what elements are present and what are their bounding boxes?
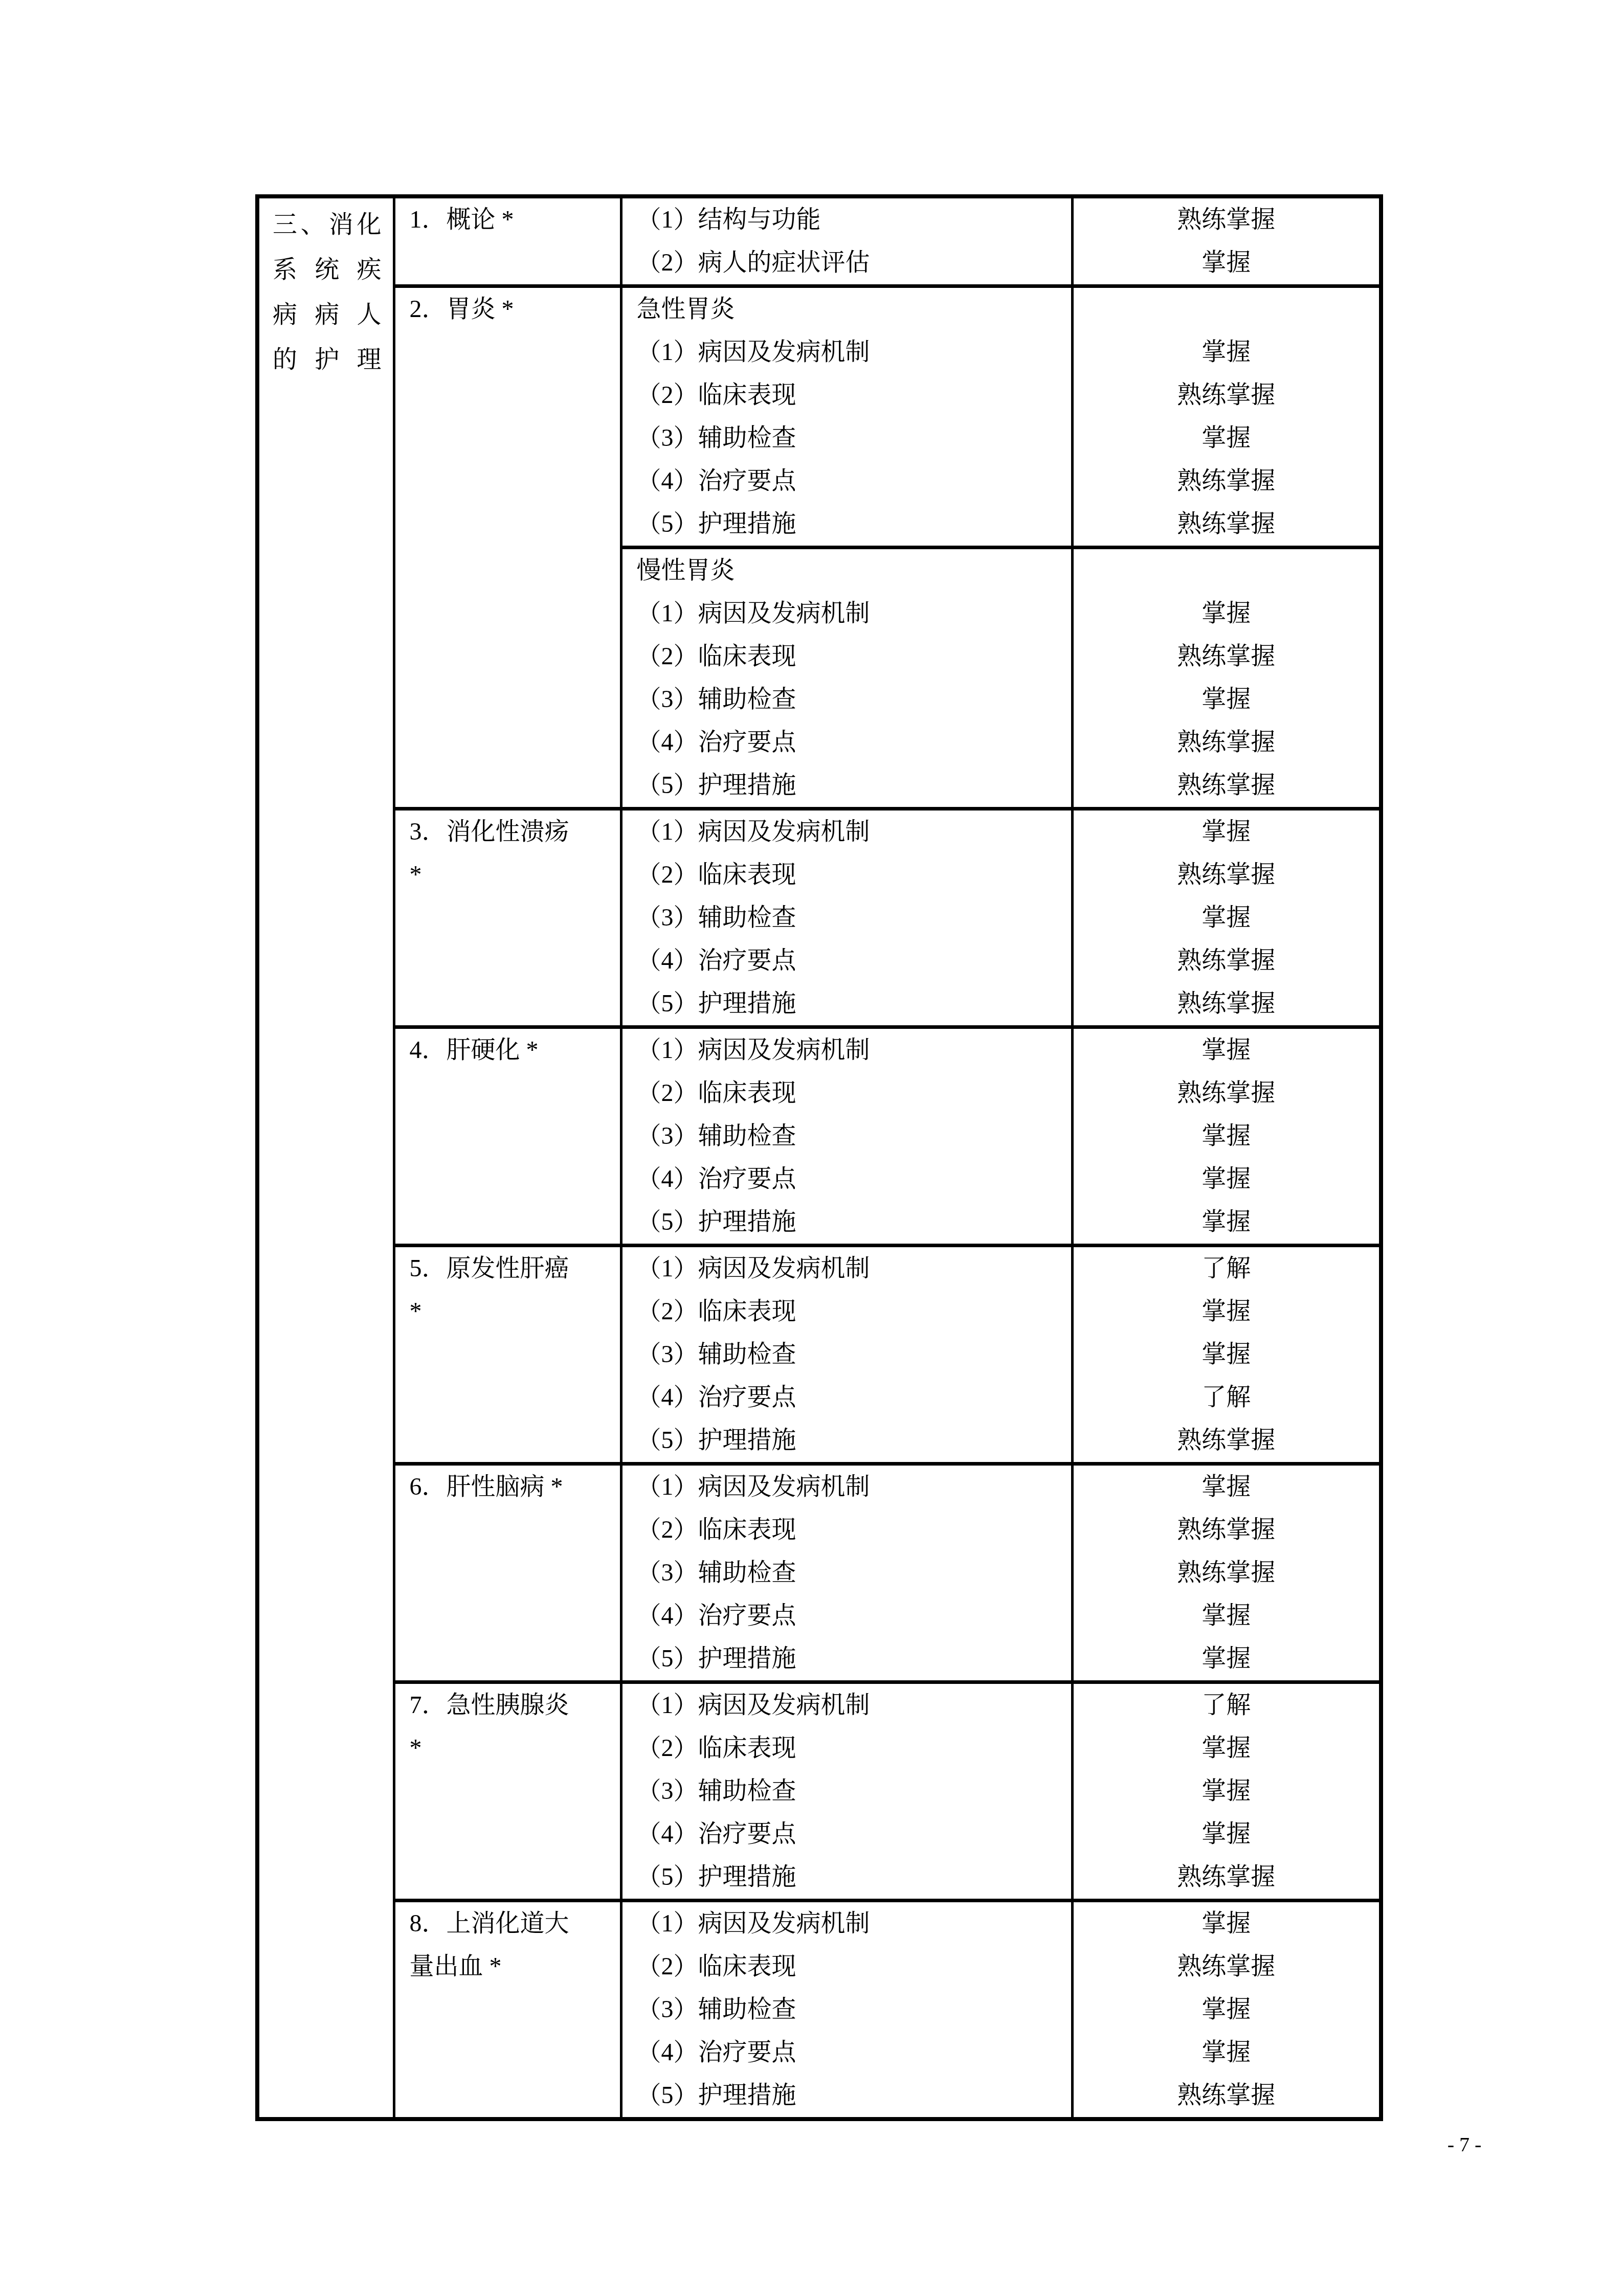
topic-cell: （3）辅助检查 (621, 1988, 1072, 2031)
section-label-cell: 5．原发性肝癌 * (394, 1246, 621, 1464)
mastery-level-cell: 掌握 (1072, 1158, 1381, 1201)
mastery-level-cell: 掌握 (1072, 896, 1381, 939)
mastery-level-cell: 熟练掌握 (1072, 374, 1381, 417)
topic-cell: （1）结构与功能 (621, 196, 1072, 241)
mastery-level-cell (1072, 548, 1381, 593)
topic-cell: （5）护理措施 (621, 764, 1072, 809)
table-row: 6．肝性脑病 *（1）病因及发病机制掌握 (257, 1464, 1381, 1509)
mastery-level-cell: 掌握 (1072, 1813, 1381, 1856)
mastery-level-cell: 掌握 (1072, 1333, 1381, 1376)
table-row: 3．消化性溃疡 *（1）病因及发病机制掌握 (257, 809, 1381, 854)
subtopic-header-cell: 慢性胃炎 (621, 548, 1072, 593)
mastery-level-cell: 掌握 (1072, 417, 1381, 460)
mastery-level-cell: 掌握 (1072, 809, 1381, 854)
topic-cell: （1）病因及发病机制 (621, 592, 1072, 635)
topic-cell: （3）辅助检查 (621, 678, 1072, 721)
topic-cell: （2）临床表现 (621, 635, 1072, 678)
page-number: - 7 - (1413, 2132, 1516, 2157)
topic-cell: （3）辅助检查 (621, 896, 1072, 939)
topic-cell: （4）治疗要点 (621, 1813, 1072, 1856)
mastery-level-cell: 熟练掌握 (1072, 1419, 1381, 1464)
section-label-cell: 1．概论 * (394, 196, 621, 286)
topic-cell: （2）病人的症状评估 (621, 241, 1072, 286)
mastery-level-cell: 熟练掌握 (1072, 1072, 1381, 1115)
topic-cell: （1）病因及发病机制 (621, 1464, 1072, 1509)
topic-cell: （4）治疗要点 (621, 939, 1072, 982)
mastery-level-cell: 了解 (1072, 1246, 1381, 1291)
table-row: 7．急性胰腺炎 *（1）病因及发病机制了解 (257, 1682, 1381, 1727)
section-label-cell: 2．胃炎 * (394, 286, 621, 809)
section-label-cell: 3．消化性溃疡 * (394, 809, 621, 1027)
mastery-level-cell: 掌握 (1072, 331, 1381, 374)
mastery-level-cell: 了解 (1072, 1682, 1381, 1727)
topic-cell: （1）病因及发病机制 (621, 1246, 1072, 1291)
mastery-level-cell: 掌握 (1072, 1727, 1381, 1770)
mastery-level-cell: 熟练掌握 (1072, 1856, 1381, 1901)
mastery-level-cell: 熟练掌握 (1072, 1945, 1381, 1988)
mastery-level-cell: 掌握 (1072, 1027, 1381, 1072)
topic-cell: （2）临床表现 (621, 1072, 1072, 1115)
table-row: 4．肝硬化 *（1）病因及发病机制掌握 (257, 1027, 1381, 1072)
mastery-level-cell: 熟练掌握 (1072, 635, 1381, 678)
section-label-cell: 7．急性胰腺炎 * (394, 1682, 621, 1901)
section-label-cell: 8．上消化道大 量出血 * (394, 1901, 621, 2120)
topic-cell: （4）治疗要点 (621, 1376, 1072, 1419)
topic-cell: （5）护理措施 (621, 1637, 1072, 1682)
mastery-level-cell: 掌握 (1072, 1901, 1381, 1946)
topic-cell: （4）治疗要点 (621, 460, 1072, 503)
topic-cell: （3）辅助检查 (621, 417, 1072, 460)
topic-cell: （3）辅助检查 (621, 1770, 1072, 1813)
topic-cell: （5）护理措施 (621, 1419, 1072, 1464)
topic-cell: （2）临床表现 (621, 1509, 1072, 1551)
topic-cell: （1）病因及发病机制 (621, 1027, 1072, 1072)
syllabus-table: 三、消化 系统疾 病病人 的护理1．概论 *（1）结构与功能熟练掌握（2）病人的… (255, 194, 1383, 2121)
mastery-level-cell: 熟练掌握 (1072, 982, 1381, 1027)
mastery-level-cell: 掌握 (1072, 1115, 1381, 1158)
topic-cell: （2）临床表现 (621, 853, 1072, 896)
topic-cell: （2）临床表现 (621, 1727, 1072, 1770)
mastery-level-cell: 熟练掌握 (1072, 939, 1381, 982)
mastery-level-cell: 掌握 (1072, 1770, 1381, 1813)
mastery-level-cell: 了解 (1072, 1376, 1381, 1419)
chapter-cell: 三、消化 系统疾 病病人 的护理 (257, 196, 394, 2119)
topic-cell: （5）护理措施 (621, 1201, 1072, 1246)
mastery-level-cell: 掌握 (1072, 1637, 1381, 1682)
topic-cell: （4）治疗要点 (621, 721, 1072, 764)
mastery-level-cell: 熟练掌握 (1072, 460, 1381, 503)
mastery-level-cell: 掌握 (1072, 1988, 1381, 2031)
topic-cell: （4）治疗要点 (621, 1158, 1072, 1201)
topic-cell: （2）临床表现 (621, 374, 1072, 417)
mastery-level-cell: 熟练掌握 (1072, 721, 1381, 764)
topic-cell: （2）临床表现 (621, 1945, 1072, 1988)
mastery-level-cell: 熟练掌握 (1072, 1509, 1381, 1551)
topic-cell: （5）护理措施 (621, 982, 1072, 1027)
mastery-level-cell: 熟练掌握 (1072, 196, 1381, 241)
mastery-level-cell: 熟练掌握 (1072, 1551, 1381, 1594)
table-row: 三、消化 系统疾 病病人 的护理1．概论 *（1）结构与功能熟练掌握 (257, 196, 1381, 241)
mastery-level-cell: 掌握 (1072, 1201, 1381, 1246)
mastery-level-cell: 掌握 (1072, 678, 1381, 721)
mastery-level-cell: 掌握 (1072, 2031, 1381, 2074)
topic-cell: （4）治疗要点 (621, 1594, 1072, 1637)
topic-cell: （5）护理措施 (621, 503, 1072, 548)
mastery-level-cell: 掌握 (1072, 1290, 1381, 1333)
mastery-level-cell: 熟练掌握 (1072, 853, 1381, 896)
subtopic-header-cell: 急性胃炎 (621, 286, 1072, 331)
document-page: 三、消化 系统疾 病病人 的护理1．概论 *（1）结构与功能熟练掌握（2）病人的… (0, 0, 1624, 2296)
topic-cell: （5）护理措施 (621, 2074, 1072, 2119)
topic-cell: （3）辅助检查 (621, 1333, 1072, 1376)
mastery-level-cell: 熟练掌握 (1072, 764, 1381, 809)
topic-cell: （3）辅助检查 (621, 1115, 1072, 1158)
section-label-cell: 6．肝性脑病 * (394, 1464, 621, 1682)
topic-cell: （1）病因及发病机制 (621, 1682, 1072, 1727)
topic-cell: （1）病因及发病机制 (621, 809, 1072, 854)
mastery-level-cell: 熟练掌握 (1072, 2074, 1381, 2119)
mastery-level-cell (1072, 286, 1381, 331)
section-label-cell: 4．肝硬化 * (394, 1027, 621, 1246)
mastery-level-cell: 熟练掌握 (1072, 503, 1381, 548)
topic-cell: （5）护理措施 (621, 1856, 1072, 1901)
topic-cell: （1）病因及发病机制 (621, 331, 1072, 374)
topic-cell: （3）辅助检查 (621, 1551, 1072, 1594)
table-row: 2．胃炎 *急性胃炎 (257, 286, 1381, 331)
topic-cell: （1）病因及发病机制 (621, 1901, 1072, 1946)
mastery-level-cell: 掌握 (1072, 1464, 1381, 1509)
mastery-level-cell: 掌握 (1072, 592, 1381, 635)
topic-cell: （4）治疗要点 (621, 2031, 1072, 2074)
table-row: 8．上消化道大 量出血 *（1）病因及发病机制掌握 (257, 1901, 1381, 1946)
topic-cell: （2）临床表现 (621, 1290, 1072, 1333)
mastery-level-cell: 掌握 (1072, 241, 1381, 286)
mastery-level-cell: 掌握 (1072, 1594, 1381, 1637)
table-row: 5．原发性肝癌 *（1）病因及发病机制了解 (257, 1246, 1381, 1291)
